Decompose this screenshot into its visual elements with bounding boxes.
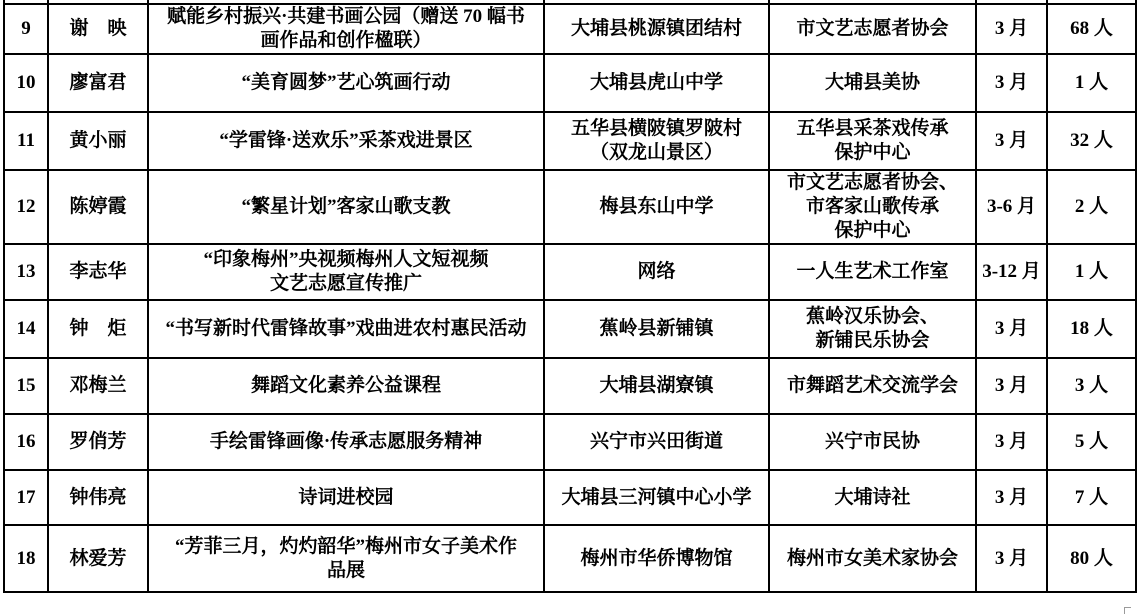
participants-cell: 7 人	[1047, 470, 1136, 525]
name-cell: 邓梅兰	[48, 358, 148, 414]
table-row: 9 谢 映 赋能乡村振兴·共建书画公园（赠送 70 幅书 画作品和创作楹联） 大…	[4, 4, 1136, 54]
table-row: 17 钟伟亮 诗词进校园 大埔县三河镇中心小学 大埔诗社 3 月 7 人	[4, 470, 1136, 525]
organization-cell: 市文艺志愿者协会、 市客家山歌传承 保护中心	[769, 170, 976, 244]
location-cell: 大埔县虎山中学	[544, 54, 769, 112]
participants-cell: 1 人	[1047, 54, 1136, 112]
table-row: 14 钟 炬 “书写新时代雷锋故事”戏曲进农村惠民活动 蕉岭县新铺镇 蕉岭汉乐协…	[4, 300, 1136, 358]
month-cell: 3 月	[976, 525, 1047, 592]
location-cell: 大埔县湖寮镇	[544, 358, 769, 414]
month-cell: 3-6 月	[976, 170, 1047, 244]
serial-cell: 18	[4, 525, 48, 592]
month-cell: 3 月	[976, 300, 1047, 358]
serial-cell: 13	[4, 244, 48, 300]
document-page: 9 谢 映 赋能乡村振兴·共建书画公园（赠送 70 幅书 画作品和创作楹联） 大…	[0, 0, 1138, 614]
title-cell: “芳菲三月，灼灼韶华”梅州市女子美术作 品展	[148, 525, 544, 592]
month-cell: 3 月	[976, 4, 1047, 54]
volunteer-activity-table: 9 谢 映 赋能乡村振兴·共建书画公园（赠送 70 幅书 画作品和创作楹联） 大…	[3, 0, 1137, 593]
organization-cell: 五华县采茶戏传承 保护中心	[769, 112, 976, 170]
location-cell: 蕉岭县新铺镇	[544, 300, 769, 358]
month-cell: 3 月	[976, 54, 1047, 112]
table-row: 13 李志华 “印象梅州”央视频梅州人文短视频 文艺志愿宣传推广 网络 一人生艺…	[4, 244, 1136, 300]
organization-cell: 梅州市女美术家协会	[769, 525, 976, 592]
month-cell: 3-12 月	[976, 244, 1047, 300]
title-cell: 手绘雷锋画像·传承志愿服务精神	[148, 414, 544, 470]
serial-cell: 16	[4, 414, 48, 470]
month-cell: 3 月	[976, 470, 1047, 525]
title-cell: 赋能乡村振兴·共建书画公园（赠送 70 幅书 画作品和创作楹联）	[148, 4, 544, 54]
organization-cell: 兴宁市民协	[769, 414, 976, 470]
organization-cell: 市文艺志愿者协会	[769, 4, 976, 54]
participants-cell: 1 人	[1047, 244, 1136, 300]
title-cell: “学雷锋·送欢乐”采茶戏进景区	[148, 112, 544, 170]
serial-cell: 10	[4, 54, 48, 112]
participants-cell: 2 人	[1047, 170, 1136, 244]
organization-cell: 大埔诗社	[769, 470, 976, 525]
organization-cell: 蕉岭汉乐协会、 新铺民乐协会	[769, 300, 976, 358]
serial-cell: 15	[4, 358, 48, 414]
name-cell: 李志华	[48, 244, 148, 300]
participants-cell: 80 人	[1047, 525, 1136, 592]
table-row: 10 廖富君 “美育圆梦”艺心筑画行动 大埔县虎山中学 大埔县美协 3 月 1 …	[4, 54, 1136, 112]
location-cell: 大埔县桃源镇团结村	[544, 4, 769, 54]
organization-cell: 一人生艺术工作室	[769, 244, 976, 300]
table-row: 15 邓梅兰 舞蹈文化素养公益课程 大埔县湖寮镇 市舞蹈艺术交流学会 3 月 3…	[4, 358, 1136, 414]
title-cell: “印象梅州”央视频梅州人文短视频 文艺志愿宣传推广	[148, 244, 544, 300]
location-cell: 兴宁市兴田街道	[544, 414, 769, 470]
name-cell: 钟伟亮	[48, 470, 148, 525]
serial-cell: 11	[4, 112, 48, 170]
table-row: 11 黄小丽 “学雷锋·送欢乐”采茶戏进景区 五华县横陂镇罗陂村 （双龙山景区）…	[4, 112, 1136, 170]
name-cell: 钟 炬	[48, 300, 148, 358]
table-row: 16 罗俏芳 手绘雷锋画像·传承志愿服务精神 兴宁市兴田街道 兴宁市民协 3 月…	[4, 414, 1136, 470]
serial-cell: 9	[4, 4, 48, 54]
organization-cell: 市舞蹈艺术交流学会	[769, 358, 976, 414]
month-cell: 3 月	[976, 414, 1047, 470]
serial-cell: 17	[4, 470, 48, 525]
name-cell: 罗俏芳	[48, 414, 148, 470]
serial-cell: 14	[4, 300, 48, 358]
title-cell: 舞蹈文化素养公益课程	[148, 358, 544, 414]
location-cell: 梅州市华侨博物馆	[544, 525, 769, 592]
participants-cell: 32 人	[1047, 112, 1136, 170]
table-row: 12 陈婷霞 “繁星计划”客家山歌支教 梅县东山中学 市文艺志愿者协会、 市客家…	[4, 170, 1136, 244]
name-cell: 谢 映	[48, 4, 148, 54]
location-cell: 网络	[544, 244, 769, 300]
location-cell: 五华县横陂镇罗陂村 （双龙山景区）	[544, 112, 769, 170]
participants-cell: 3 人	[1047, 358, 1136, 414]
title-cell: “书写新时代雷锋故事”戏曲进农村惠民活动	[148, 300, 544, 358]
participants-cell: 5 人	[1047, 414, 1136, 470]
table-row: 18 林爱芳 “芳菲三月，灼灼韶华”梅州市女子美术作 品展 梅州市华侨博物馆 梅…	[4, 525, 1136, 592]
name-cell: 陈婷霞	[48, 170, 148, 244]
name-cell: 廖富君	[48, 54, 148, 112]
name-cell: 黄小丽	[48, 112, 148, 170]
month-cell: 3 月	[976, 112, 1047, 170]
name-cell: 林爱芳	[48, 525, 148, 592]
location-cell: 大埔县三河镇中心小学	[544, 470, 769, 525]
participants-cell: 68 人	[1047, 4, 1136, 54]
month-cell: 3 月	[976, 358, 1047, 414]
table-end-marker	[1124, 607, 1131, 614]
title-cell: “美育圆梦”艺心筑画行动	[148, 54, 544, 112]
title-cell: “繁星计划”客家山歌支教	[148, 170, 544, 244]
serial-cell: 12	[4, 170, 48, 244]
organization-cell: 大埔县美协	[769, 54, 976, 112]
title-cell: 诗词进校园	[148, 470, 544, 525]
location-cell: 梅县东山中学	[544, 170, 769, 244]
participants-cell: 18 人	[1047, 300, 1136, 358]
